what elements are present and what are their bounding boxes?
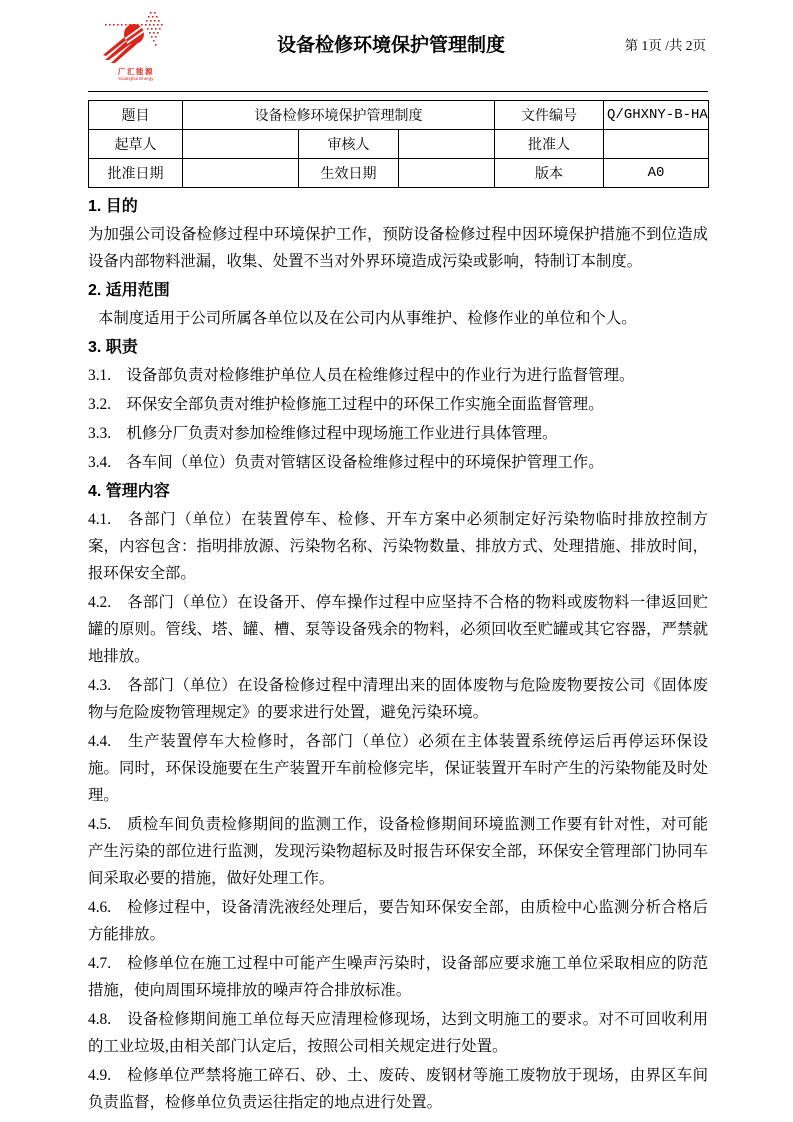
company-name: 广汇能源 xyxy=(88,68,184,76)
effective-date-value-cell xyxy=(399,159,495,188)
table-row: 起草人 审核人 批准人 xyxy=(89,130,709,159)
paragraph: 4.9. 检修单位严禁将施工碎石、砂、土、废砖、废钢材等施工废物放于现场，由界区… xyxy=(88,1062,708,1116)
version-value-cell: A0 xyxy=(604,159,709,188)
approval-date-label-cell: 批准日期 xyxy=(89,159,183,188)
paragraph: 4.6. 检修过程中，设备清洗液经处理后，要告知环保安全部，由质检中心监测分析合… xyxy=(88,894,708,948)
company-logo: 广汇能源 Guanghui Energy xyxy=(88,7,184,81)
section-heading-responsibilities: 3. 职责 xyxy=(88,337,708,359)
table-row: 批准日期 生效日期 版本 A0 xyxy=(89,159,709,188)
title-label-cell: 题目 xyxy=(89,101,183,130)
section-heading-management: 4. 管理内容 xyxy=(88,481,708,503)
doc-number-value-cell: Q/GHXNY-B-HA-55 xyxy=(604,101,709,130)
approver-label-cell: 批准人 xyxy=(495,130,604,159)
reviewer-value-cell xyxy=(399,130,495,159)
document-body: 1. 目的 为加强公司设备检修过程中环境保护工作，预防设备检修过程中因环境保护措… xyxy=(88,196,708,1116)
page-title: 设备检修环境保护管理制度 xyxy=(184,30,598,57)
drafter-label-cell: 起草人 xyxy=(89,130,183,159)
table-row: 题目 设备检修环境保护管理制度 文件编号 Q/GHXNY-B-HA-55 xyxy=(89,101,709,130)
approver-value-cell xyxy=(604,130,709,159)
paragraph: 3.3. 机修分厂负责对参加检维修过程中现场施工作业进行具体管理。 xyxy=(88,420,708,447)
paragraph: 3.2. 环保安全部负责对维护检修施工过程中的环保工作实施全面监督管理。 xyxy=(88,391,708,418)
paragraph: 4.4. 生产装置停车大检修时，各部门（单位）必须在主体装置系统停运后再停运环保… xyxy=(88,728,708,809)
drafter-value-cell xyxy=(183,130,299,159)
paragraph: 3.4. 各车间（单位）负责对管辖区设备检维修过程中的环境保护管理工作。 xyxy=(88,449,708,476)
reviewer-label-cell: 审核人 xyxy=(299,130,399,159)
document-page: 广汇能源 Guanghui Energy 设备检修环境保护管理制度 第 1页 /… xyxy=(0,0,793,1122)
paragraph: 4.5. 质检车间负责检修期间的监测工作，设备检修期间环境监测工作要有针对性，对… xyxy=(88,811,708,892)
paragraph: 为加强公司设备检修过程中环境保护工作，预防设备检修过程中因环境保护措施不到位造成… xyxy=(88,221,708,275)
section-heading-scope: 2. 适用范围 xyxy=(88,280,708,302)
paragraph: 3.1. 设备部负责对检修维护单位人员在检维修过程中的作业行为进行监督管理。 xyxy=(88,362,708,389)
section-heading-purpose: 1. 目的 xyxy=(88,196,708,218)
paragraph: 4.8. 设备检修期间施工单位每天应清理检修现场，达到文明施工的要求。对不可回收… xyxy=(88,1006,708,1060)
page-number: 第 1页 /共 2页 xyxy=(598,34,708,54)
paragraph: 本制度适用于公司所属各单位以及在公司内从事维护、检修作业的单位和个人。 xyxy=(88,305,708,332)
info-table: 题目 设备检修环境保护管理制度 文件编号 Q/GHXNY-B-HA-55 起草人… xyxy=(88,100,709,188)
effective-date-label-cell: 生效日期 xyxy=(299,159,399,188)
version-label-cell: 版本 xyxy=(495,159,604,188)
paragraph: 4.3. 各部门（单位）在设备检修过程中清理出来的固体废物与危险废物要按公司《固… xyxy=(88,672,708,726)
paragraph: 4.1. 各部门（单位）在装置停车、检修、开车方案中必须制定好污染物临时排放控制… xyxy=(88,506,708,587)
doc-number-label-cell: 文件编号 xyxy=(495,101,604,130)
comet-logo-icon xyxy=(103,11,169,67)
paragraph: 4.2. 各部门（单位）在设备开、停车操作过程中应坚持不合格的物料或废物料一律返… xyxy=(88,589,708,670)
document-content: 广汇能源 Guanghui Energy 设备检修环境保护管理制度 第 1页 /… xyxy=(88,0,708,1118)
company-name-english: Guanghui Energy xyxy=(88,76,184,81)
title-value-cell: 设备检修环境保护管理制度 xyxy=(183,101,495,130)
approval-date-value-cell xyxy=(183,159,299,188)
document-header: 广汇能源 Guanghui Energy 设备检修环境保护管理制度 第 1页 /… xyxy=(88,0,708,92)
paragraph: 4.7. 检修单位在施工过程中可能产生噪声污染时，设备部应要求施工单位采取相应的… xyxy=(88,950,708,1004)
